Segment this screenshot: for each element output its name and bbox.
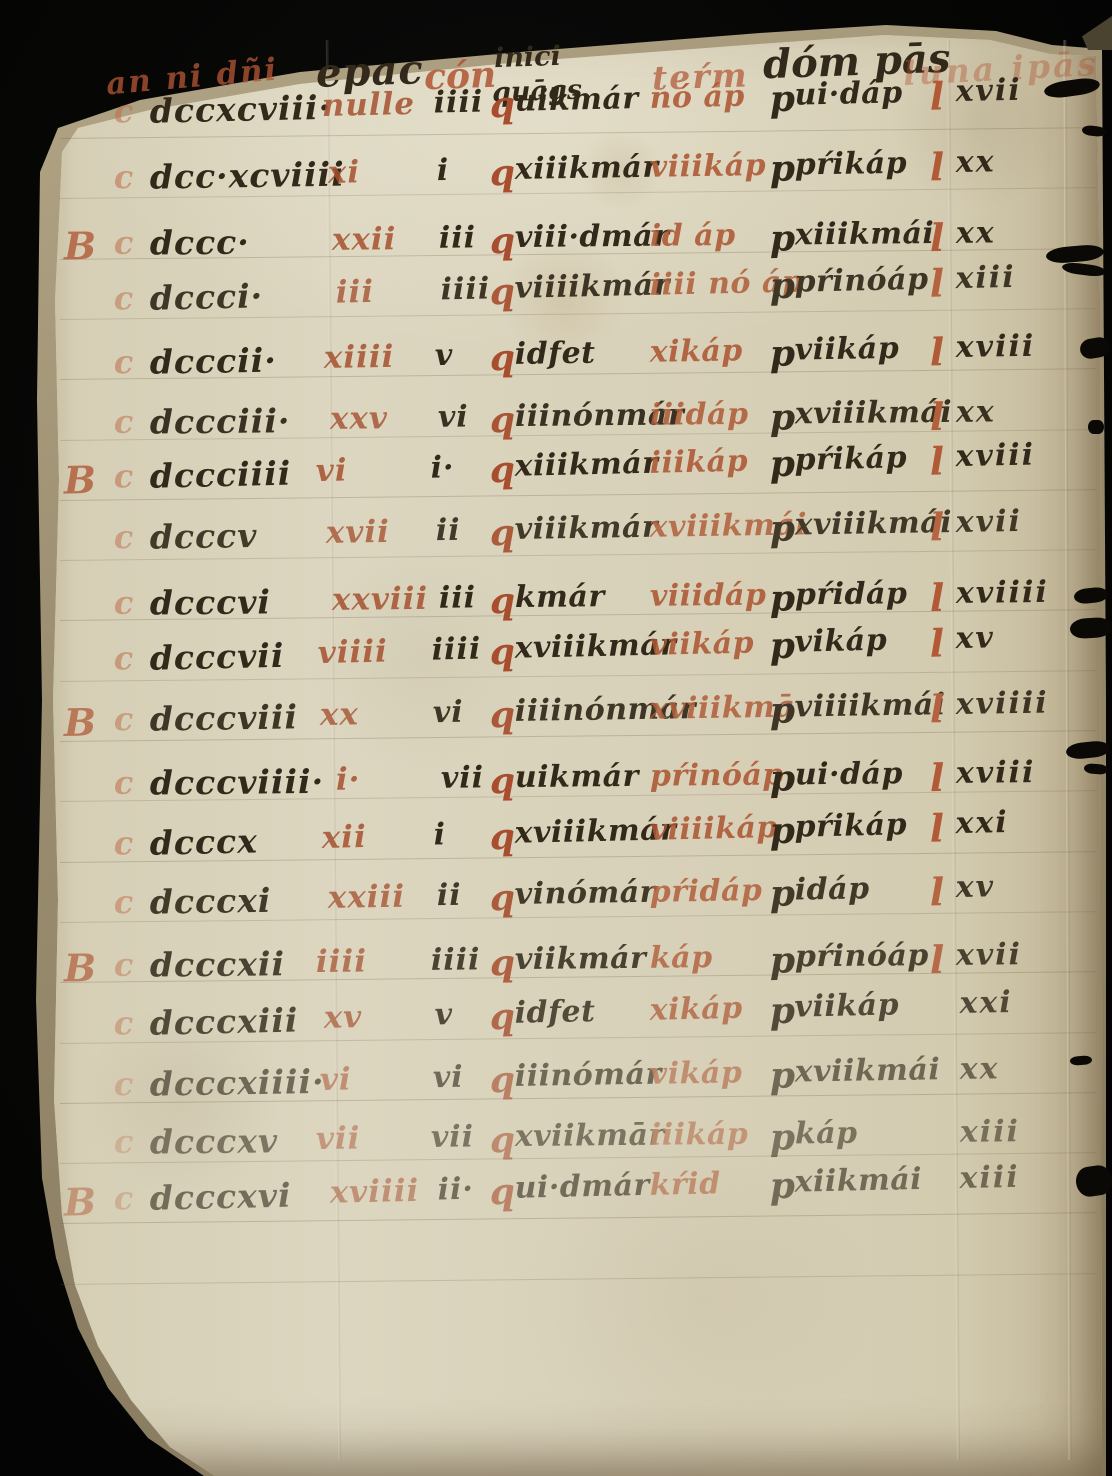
cell-century-initial: c <box>114 161 134 193</box>
cell-luna-l: l <box>930 579 945 617</box>
cell-dominica: viiiikmái <box>795 690 946 722</box>
cell-concurrent: vii <box>431 1122 475 1152</box>
table-row: Bcdcccviiixxviqiiiinónmárxviiikmāpviiiik… <box>0 688 1112 753</box>
cell-dominica-p: p <box>769 993 795 1030</box>
cell-initium: idfet <box>515 339 596 370</box>
cell-dominica: ui·dáp <box>794 78 903 110</box>
cell-epact: vii <box>316 1124 361 1155</box>
cell-luna: xiii <box>960 1117 1020 1148</box>
cell-dominica: ui·dáp <box>795 759 903 790</box>
cell-initium-q: q <box>490 1062 516 1098</box>
cell-terminus: nó áp <box>649 82 745 114</box>
cell-dominica-p: p <box>769 268 795 305</box>
cell-terminus: pŕinóáp <box>650 760 784 791</box>
cell-terminus: pŕidáp <box>650 876 763 908</box>
cell-initium-q: q <box>490 880 516 916</box>
cell-dominica-p: p <box>770 511 796 547</box>
cell-luna-l: l <box>930 333 945 371</box>
cell-dominica-p: p <box>770 876 796 912</box>
cell-dominica-p: p <box>769 628 795 665</box>
cell-concurrent: iiii <box>431 634 481 665</box>
cell-initium-q: q <box>490 402 516 438</box>
cell-century-initial: c <box>114 406 134 438</box>
table: an ni dñi epac cón inici quāgs teŕm dóm … <box>0 0 1112 1476</box>
cell-dominica-p: p <box>770 580 796 616</box>
cell-year: dcccxii <box>150 947 285 981</box>
cell-century-initial: c <box>114 521 134 553</box>
cell-year: dcccxi <box>150 884 272 919</box>
cell-dominica-p: p <box>770 1058 796 1094</box>
cell-initium: uikmár <box>514 84 639 117</box>
cell-dominica-p: p <box>769 1168 795 1205</box>
cell-initium-q: q <box>489 452 515 489</box>
cell-initium: viii·dmár <box>515 222 670 253</box>
cell-epact: iiii <box>316 946 367 977</box>
cell-concurrent: ii· <box>437 1175 474 1206</box>
cell-epact: xxv <box>330 403 388 435</box>
cell-luna-l: l <box>929 809 944 847</box>
cell-year: dccci· <box>149 279 263 314</box>
cell-dominica: pŕinóáp <box>795 941 929 972</box>
cell-year: dcccxv <box>150 1124 279 1158</box>
cell-initium: uikmár <box>515 762 639 793</box>
cell-century-initial: c <box>114 767 134 799</box>
cell-terminus: xikáp <box>649 994 743 1026</box>
cell-terminus: iiikáp <box>649 447 748 479</box>
cell-concurrent: vi <box>438 403 469 433</box>
cell-epact: viiii <box>317 637 388 670</box>
cell-initium: viikmár <box>515 944 647 975</box>
cell-year: dcccxiiii· <box>150 1065 325 1101</box>
cell-century-initial: c <box>114 587 134 619</box>
cell-concurrent: iiii <box>433 87 483 118</box>
cell-terminus: iiikáp <box>650 1120 749 1151</box>
cell-epact: xii <box>321 822 367 854</box>
cell-luna-l: l <box>930 398 945 436</box>
cell-luna: xx <box>956 397 996 427</box>
cell-luna: xiii <box>955 263 1016 294</box>
cell-century-initial: c <box>114 949 134 981</box>
cell-initium: xiiikmár <box>515 153 659 185</box>
table-row: cdcccxiiixvvqidfetxikáppviikápxxi <box>0 986 1112 1058</box>
cell-year: dccciii· <box>150 404 291 438</box>
cell-initium: viiiikmár <box>514 270 670 303</box>
cell-year: dcccxvi <box>149 1179 291 1215</box>
cell-concurrent: v <box>434 1000 453 1030</box>
cell-initium: idfet <box>514 997 595 1029</box>
cell-year: dccciiii <box>149 457 291 493</box>
cell-bissextile-mark: B <box>64 949 96 987</box>
cell-concurrent: vi <box>433 1063 464 1093</box>
cell-dominica: pŕikáp <box>794 810 907 842</box>
cell-initium-q: q <box>489 999 515 1036</box>
cell-initium: iiinómár <box>515 1060 662 1092</box>
cell-dominica: idáp <box>795 874 870 905</box>
cell-century-initial: c <box>113 827 133 859</box>
cell-concurrent: i <box>433 820 446 850</box>
cell-epact: xxii <box>332 224 397 256</box>
cell-dominica: pŕinóáp <box>794 265 929 298</box>
cell-epact: nulle <box>321 89 415 122</box>
cell-bissextile-mark: B <box>63 1183 96 1222</box>
cell-luna-l: l <box>929 442 944 480</box>
cell-initium-q: q <box>490 1122 516 1158</box>
cell-luna: xviiii <box>956 689 1049 720</box>
table-row: cdcccxixxiiiiiqvinómárpŕidáppidáplxv <box>0 871 1112 936</box>
cell-luna: xvii <box>956 940 1022 971</box>
cell-epact: i· <box>336 765 361 796</box>
cell-century-initial: c <box>113 95 133 127</box>
cell-dominica-p: p <box>769 813 795 850</box>
cell-century-initial: c <box>113 1007 133 1039</box>
cell-initium: xviikmār <box>515 1121 665 1152</box>
cell-terminus: vikáp <box>650 1058 743 1089</box>
cell-concurrent: vi <box>433 698 464 728</box>
cell-dominica-p: p <box>769 446 795 483</box>
cell-luna: xiii <box>959 1163 1020 1194</box>
cell-terminus: viiikáp <box>650 151 767 183</box>
cell-dominica-p: p <box>770 1119 796 1155</box>
cell-concurrent: iii <box>439 583 476 613</box>
cell-year: dcccviii <box>150 700 299 735</box>
cell-initium-q: q <box>490 583 516 619</box>
cell-dominica-p: p <box>770 760 796 796</box>
cell-concurrent: v <box>435 341 454 371</box>
cell-epact: xvii <box>326 517 391 549</box>
cell-initium: xiiikmár <box>514 449 658 482</box>
cell-year: dccxcviii· <box>149 91 331 128</box>
cell-concurrent: iiii <box>440 274 490 305</box>
cell-initium-q: q <box>489 87 515 124</box>
cell-initium-q: q <box>490 340 516 376</box>
cell-year: dcccx <box>149 824 258 859</box>
cell-epact: xxiii <box>328 882 406 914</box>
cell-dominica: xiikmái <box>794 1165 922 1198</box>
cell-luna: xviii <box>956 332 1036 363</box>
cell-century-initial: c <box>113 282 133 314</box>
table-row: cdcc·xcviiiixiiqxiiikmárviiikápppŕikáplx… <box>0 146 1112 211</box>
cell-century-initial: c <box>114 1068 134 1100</box>
cell-terminus: viikáp <box>649 629 754 661</box>
cell-terminus: iiidáp <box>650 400 749 431</box>
cell-bissextile-mark: B <box>64 227 96 265</box>
cell-initium-q: q <box>489 634 515 671</box>
cell-concurrent: iiii <box>431 945 481 975</box>
cell-year: dcccviiii· <box>150 765 324 800</box>
cell-initium-q: q <box>490 155 516 191</box>
cell-century-initial: c <box>114 703 134 735</box>
cell-luna: xxi <box>955 808 1009 839</box>
table-row: cdcccxxiiiqxviiikmárviiiikápppŕikáplxxi <box>0 806 1112 878</box>
cell-luna: xv <box>956 872 996 903</box>
cell-luna-l: l <box>930 873 945 911</box>
cell-year: dcccv <box>150 519 258 554</box>
cell-luna-l: l <box>929 77 944 115</box>
cell-terminus: xikáp <box>650 336 743 367</box>
cell-epact: xviiii <box>329 1176 419 1209</box>
table-row: cdcccxiiii·viviqiiinómárvikáppxviikmáixx <box>0 1053 1112 1118</box>
table-row: cdcccvxviiiiqviiikmárxviiikmáipxviiikmái… <box>0 506 1112 571</box>
cell-year: dcccvii <box>149 639 284 675</box>
cell-terminus: id áp <box>650 221 736 252</box>
cell-luna: xv <box>955 623 995 654</box>
cell-epact: xv <box>323 1002 362 1034</box>
cell-dominica-p: p <box>770 693 796 729</box>
cell-concurrent: iii <box>439 223 476 253</box>
cell-luna: xviii <box>955 440 1035 472</box>
cell-terminus: káp <box>650 943 713 974</box>
cell-luna-l: l <box>930 941 945 979</box>
cell-century-initial: c <box>114 1126 134 1158</box>
cell-luna: xviiii <box>956 578 1049 609</box>
cell-initium-q: q <box>490 945 516 981</box>
cell-initium-q: q <box>489 1174 515 1211</box>
cell-concurrent: vii <box>441 763 485 793</box>
cell-dominica: pŕikáp <box>794 443 907 475</box>
cell-luna: xx <box>956 218 996 248</box>
cell-epact: vi <box>320 1064 352 1095</box>
cell-dominica: viikáp <box>794 990 899 1022</box>
cell-year: dcccvi <box>150 585 271 619</box>
cell-epact: xi <box>328 157 361 189</box>
cell-dominica: viikáp <box>795 334 900 366</box>
cell-epact: iii <box>335 277 374 309</box>
table-row: cdcccviiii·i·viiquikmárpŕinóáppui·dáplxv… <box>0 757 1112 816</box>
cell-century-initial: c <box>113 642 133 674</box>
cell-concurrent: ii <box>437 881 462 911</box>
cell-dominica: xviiikmái <box>795 398 953 430</box>
cell-dominica-p: p <box>770 399 796 435</box>
cell-century-initial: c <box>114 886 134 918</box>
cell-dominica: pŕikáp <box>795 149 908 181</box>
manuscript-photo: an ni dñi epac cón inici quāgs teŕm dóm … <box>0 0 1112 1476</box>
cell-year: dcccxiii <box>149 1003 298 1039</box>
cell-luna: xvii <box>955 76 1022 107</box>
cell-luna: xvii <box>956 507 1023 538</box>
cell-luna-l: l <box>930 148 945 186</box>
cell-luna-l: l <box>930 759 945 797</box>
cell-initium: ui·dmár <box>514 1171 650 1204</box>
cell-century-initial: c <box>114 346 134 378</box>
cell-initium-q: q <box>490 697 516 733</box>
cell-initium-q: q <box>489 274 515 311</box>
cell-terminus: viiidáp <box>650 581 767 612</box>
cell-bissextile-mark: B <box>64 703 97 741</box>
cell-luna-l: l <box>930 219 945 257</box>
cell-initium: kmár <box>515 582 605 613</box>
cell-dominica: xviikmái <box>795 1055 941 1087</box>
cell-epact: vi <box>315 455 347 487</box>
cell-terminus: viiiikáp <box>649 813 778 846</box>
cell-dominica: vikáp <box>794 626 887 658</box>
cell-luna-l: l <box>930 690 945 728</box>
cell-year: dccc· <box>150 226 250 260</box>
cell-luna-l: l <box>929 264 944 302</box>
cell-concurrent: i· <box>430 453 454 484</box>
cell-year: dcc·xcviiii <box>150 158 345 194</box>
cell-dominica-p: p <box>770 942 796 978</box>
cell-epact: xx <box>320 699 359 731</box>
cell-luna: xx <box>960 1054 1000 1085</box>
cell-initium-q: q <box>490 223 516 259</box>
cell-epact: xxviii <box>332 584 429 616</box>
cell-terminus: kŕid <box>649 1169 721 1201</box>
cell-luna: xviii <box>956 758 1036 789</box>
cell-luna-l: l <box>930 508 945 546</box>
header-initium-line1: inici <box>494 43 562 72</box>
cell-initium-q: q <box>490 763 516 799</box>
cell-initium: vinómár <box>515 878 657 910</box>
table-row: cdcccii·xiiiivqidfetxikáppviikáplxviii <box>0 331 1112 396</box>
cell-dominica-p: p <box>770 220 796 256</box>
cell-concurrent: i <box>437 156 450 186</box>
cell-year: dcccii· <box>150 344 277 379</box>
cell-century-initial: c <box>114 227 134 259</box>
cell-luna: xxi <box>959 988 1013 1019</box>
cell-initium-q: q <box>489 819 515 856</box>
cell-bissextile-mark: B <box>63 461 96 500</box>
cell-luna: xx <box>956 147 996 178</box>
cell-century-initial: c <box>113 460 133 492</box>
cell-dominica-p: p <box>769 81 795 118</box>
cell-dominica-p: p <box>770 151 796 187</box>
cell-luna-l: l <box>929 624 944 662</box>
cell-epact: xiiii <box>324 342 395 374</box>
cell-dominica: xiiikmái <box>795 219 935 250</box>
cell-initium: viiikmár <box>515 513 659 545</box>
cell-concurrent: ii <box>436 516 461 546</box>
cell-initium-q: q <box>490 515 516 551</box>
cell-dominica: pŕidáp <box>795 579 908 610</box>
cell-dominica: káp <box>795 1119 858 1150</box>
cell-dominica-p: p <box>770 336 796 372</box>
cell-century-initial: c <box>113 1182 133 1214</box>
